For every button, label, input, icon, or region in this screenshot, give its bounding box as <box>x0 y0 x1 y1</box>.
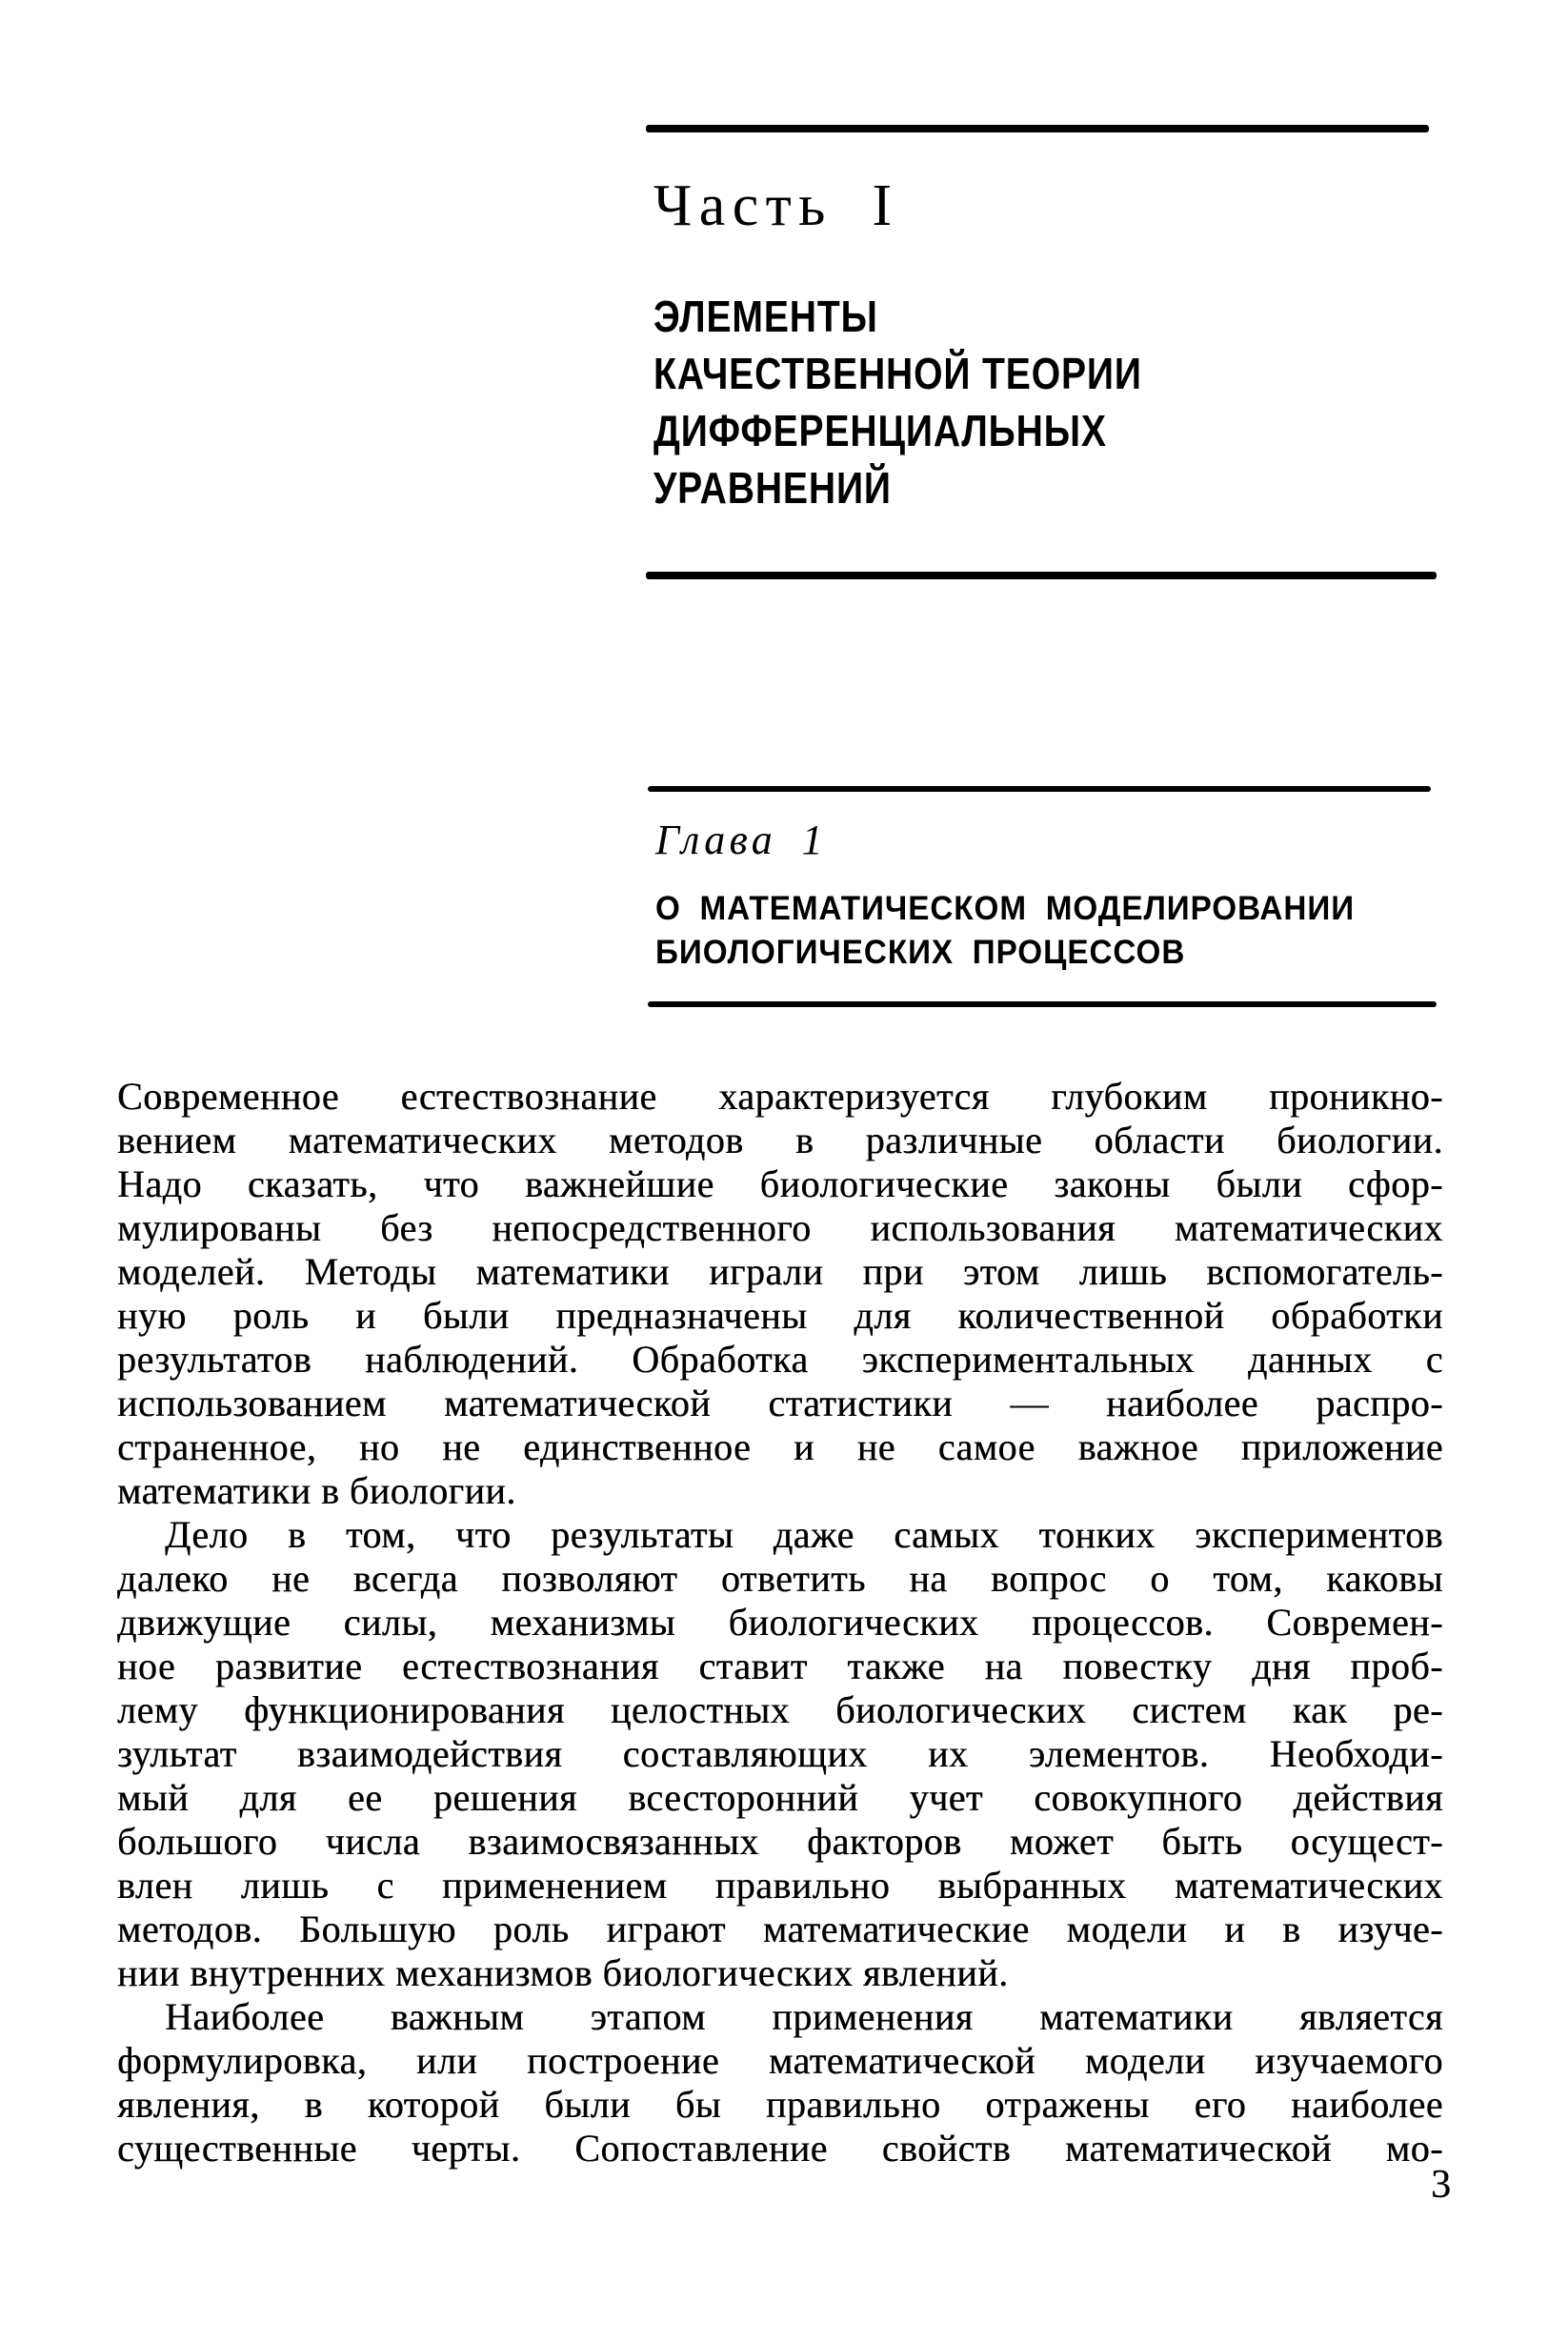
part-title-line: КАЧЕСТВЕННОЙ ТЕОРИИ <box>653 345 1142 402</box>
chapter-title-line: БИОЛОГИЧЕСКИХ ПРОЦЕССОВ <box>655 931 1355 975</box>
chapter-title: О МАТЕМАТИЧЕСКОМ МОДЕЛИРОВАНИИБИОЛОГИЧЕС… <box>655 887 1355 975</box>
body-line: мый для ее решения всесторонний учет сов… <box>117 1776 1443 1820</box>
part-title: ЭЛЕМЕНТЫКАЧЕСТВЕННОЙ ТЕОРИИДИФФЕРЕНЦИАЛЬ… <box>653 288 1142 516</box>
body-line: моделей. Методы математики играли при эт… <box>117 1250 1443 1294</box>
part-header-top-rule <box>646 125 1429 132</box>
body-text: Современное естествознание характеризует… <box>117 1075 1443 2170</box>
body-line: явления, в которой были бы правильно отр… <box>117 2083 1443 2127</box>
body-line: использованием математической статистики… <box>117 1382 1443 1425</box>
body-line: математики в биологии. <box>117 1469 1443 1513</box>
body-line: мулированы без непосредственного использ… <box>117 1206 1443 1250</box>
body-line: движущие силы, механизмы биологических п… <box>117 1601 1443 1645</box>
body-line: большого числа взаимосвязанных факторов … <box>117 1820 1443 1864</box>
body-line: методов. Большую роль играют математичес… <box>117 1908 1443 1951</box>
book-page: Часть I ЭЛЕМЕНТЫКАЧЕСТВЕННОЙ ТЕОРИИДИФФЕ… <box>0 0 1568 2342</box>
body-line: результатов наблюдений. Обработка экспер… <box>117 1338 1443 1382</box>
chapter-header-top-rule <box>648 786 1431 792</box>
body-line: страненное, но не единственное и не само… <box>117 1425 1443 1469</box>
body-line: ную роль и были предназначены для количе… <box>117 1294 1443 1338</box>
part-title-line: ЭЛЕМЕНТЫ <box>653 288 1142 345</box>
body-line: Современное естествознание характеризует… <box>117 1075 1443 1119</box>
part-header-bottom-rule <box>646 572 1437 579</box>
body-line: вением математических методов в различны… <box>117 1119 1443 1162</box>
body-line: нии внутренних механизмов биологических … <box>117 1951 1443 1995</box>
body-line: зультат взаимодействия составляющих их э… <box>117 1732 1443 1776</box>
chapter-header-bottom-rule <box>648 1001 1437 1007</box>
body-line: далеко не всегда позволяют ответить на в… <box>117 1557 1443 1601</box>
body-line: влен лишь с применением правильно выбран… <box>117 1864 1443 1908</box>
part-title-line: ДИФФЕРЕНЦИАЛЬНЫХ <box>653 402 1142 459</box>
part-title-line: УРАВНЕНИЙ <box>653 459 1142 516</box>
body-line: Надо сказать, что важнейшие биологически… <box>117 1162 1443 1206</box>
body-line: лему функционирования целостных биологич… <box>117 1688 1443 1732</box>
body-line: формулировка, или построение математичес… <box>117 2039 1443 2083</box>
body-line: Наиболее важным этапом применения матема… <box>117 1995 1443 2039</box>
body-line: ное развитие естествознания ставит также… <box>117 1645 1443 1688</box>
chapter-title-line: О МАТЕМАТИЧЕСКОМ МОДЕЛИРОВАНИИ <box>655 887 1355 931</box>
part-kicker: Часть I <box>653 176 899 235</box>
chapter-kicker: Глава 1 <box>655 819 827 861</box>
body-line: Дело в том, что результаты даже самых то… <box>117 1513 1443 1557</box>
page-number: 3 <box>117 2165 1451 2205</box>
